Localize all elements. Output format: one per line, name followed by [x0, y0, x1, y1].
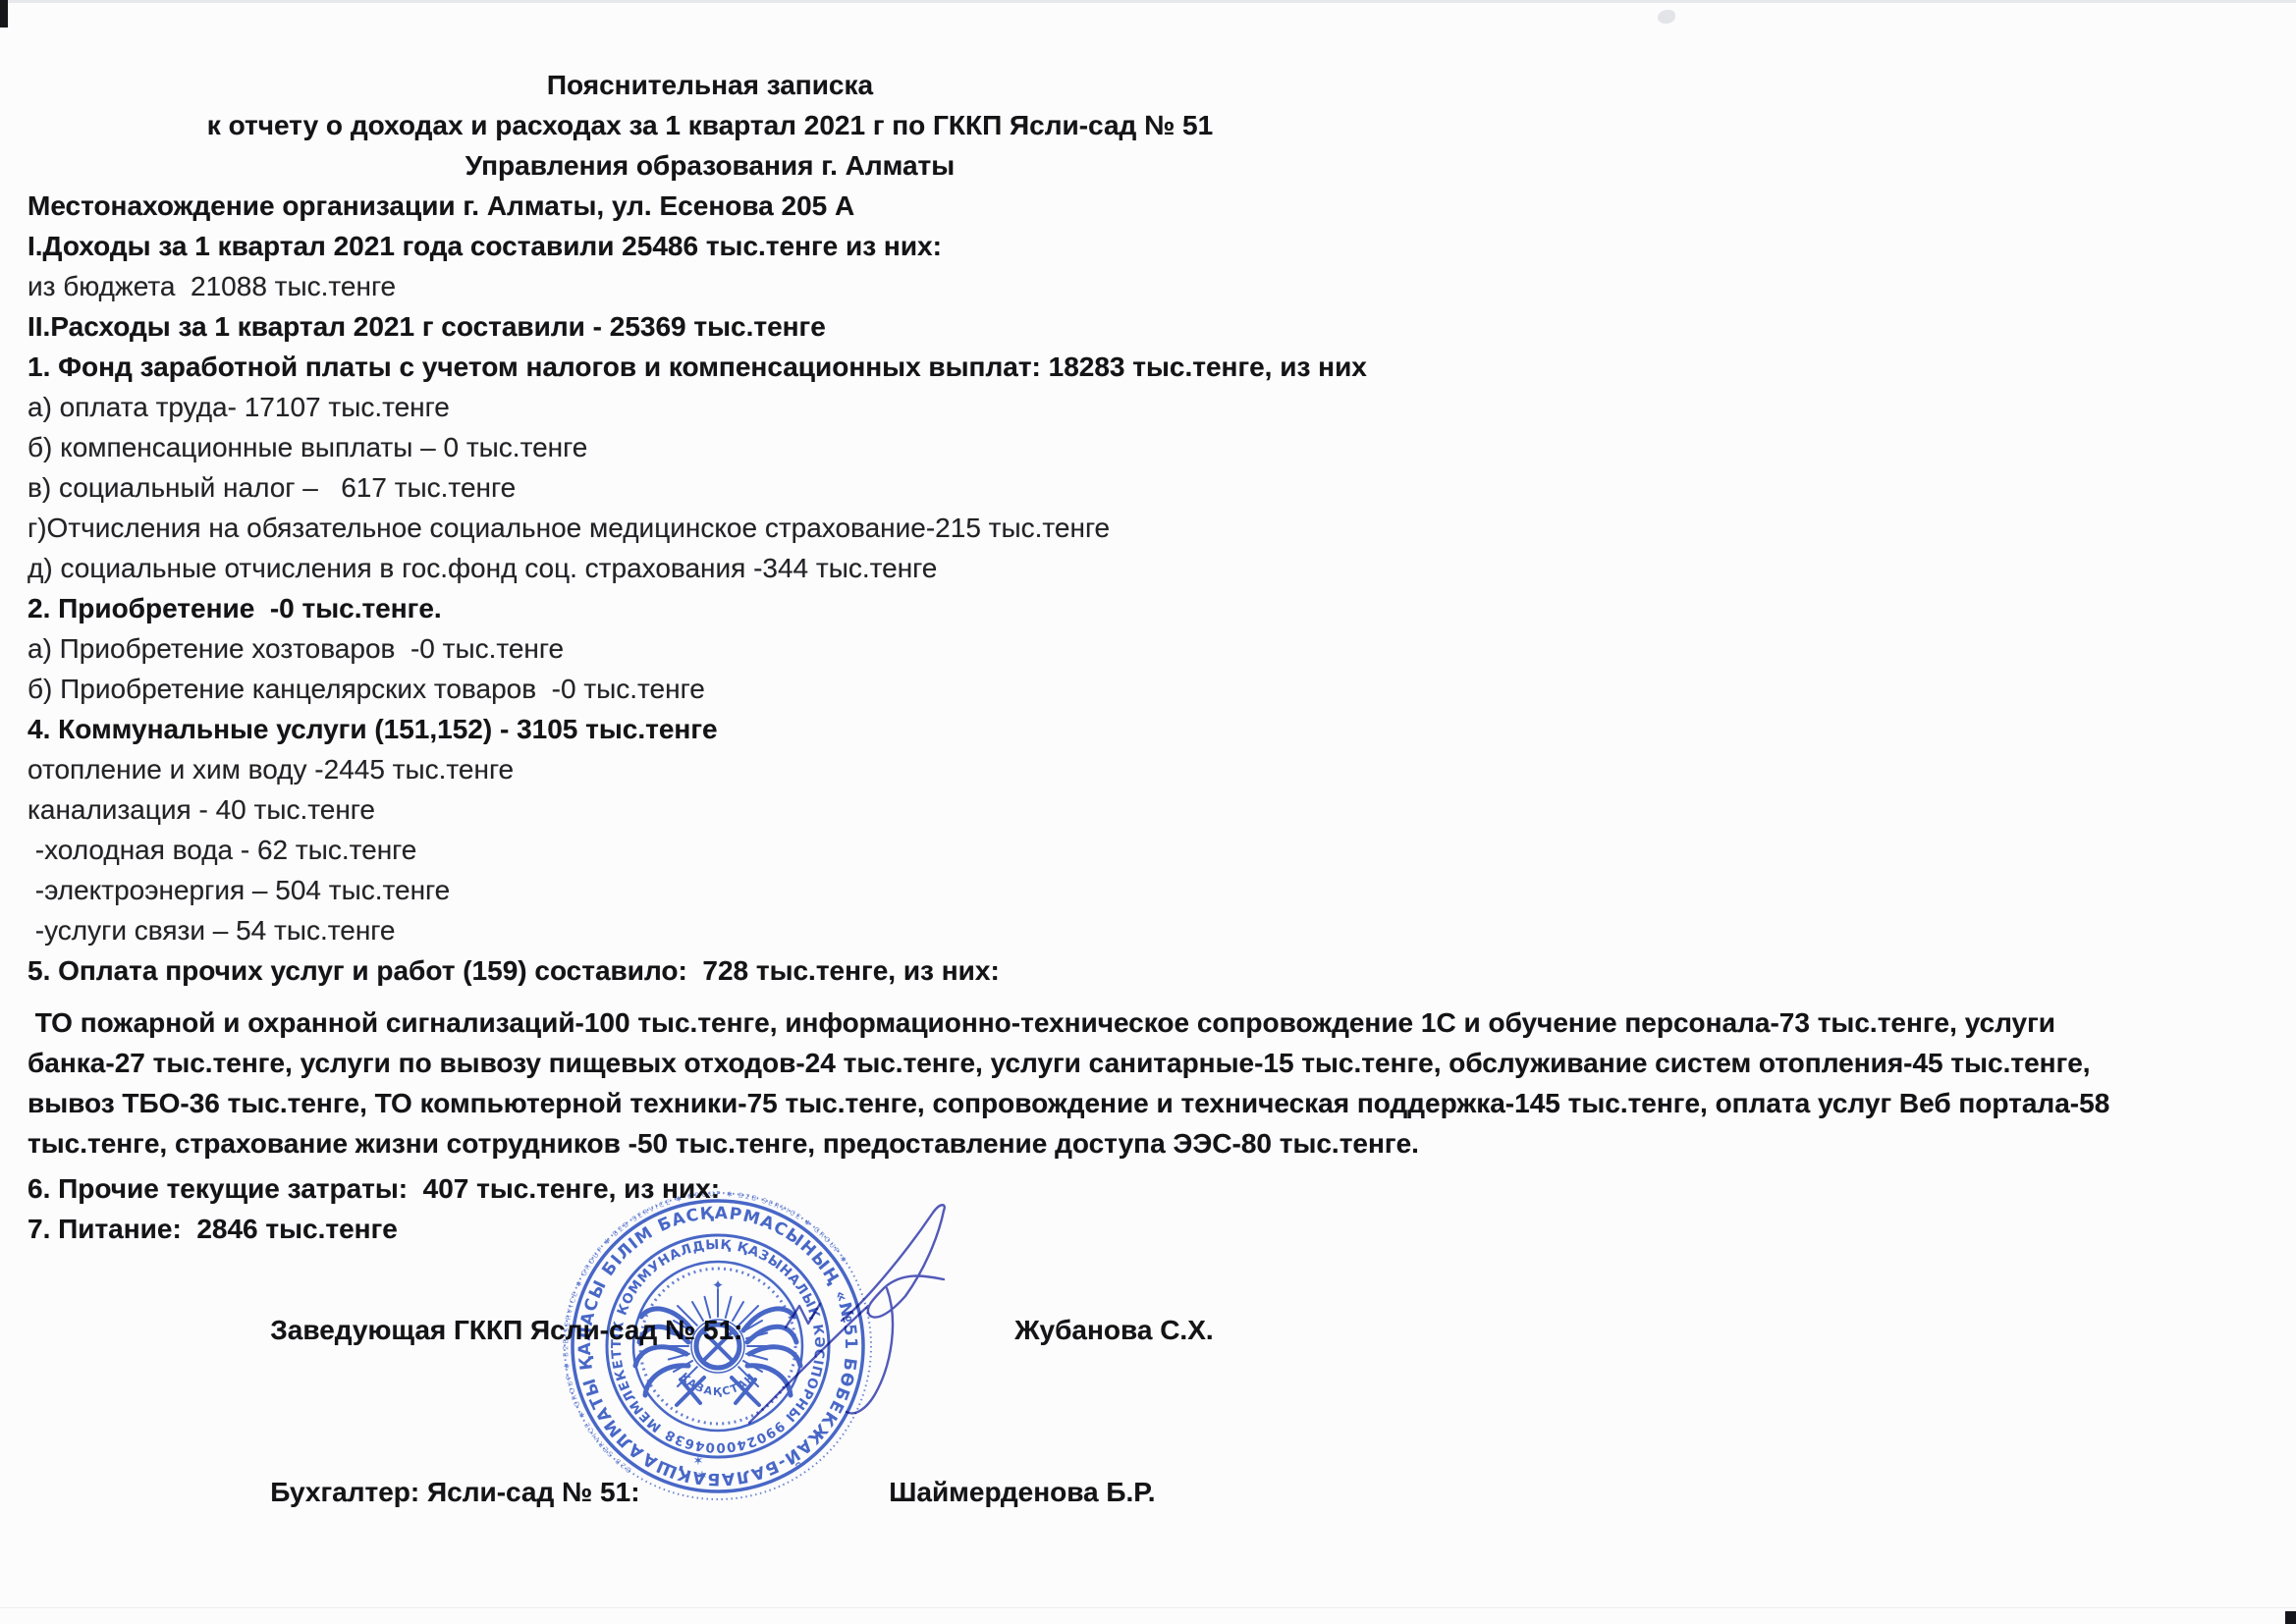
signature-stroke-zigzag [786, 1304, 820, 1327]
doc-line: 5. Оплата прочих услуг и работ (159) сос… [27, 950, 2296, 991]
doc-line: д) социальные отчисления в гос.фонд соц.… [27, 548, 2296, 588]
doc-line: из бюджета 21088 тыс.тенге [27, 266, 2296, 306]
doc-line: б) компенсационные выплаты – 0 тыс.тенге [27, 427, 2296, 467]
doc-line: II.Расходы за 1 квартал 2021 г составили… [27, 306, 2296, 347]
doc-line: б) Приобретение канцелярских товаров -0 … [27, 669, 2296, 709]
doc-line: Местонахождение организации г. Алматы, у… [27, 186, 2296, 226]
doc-line: отопление и хим воду -2445 тыс.тенге [27, 749, 2296, 789]
scan-top-edge [0, 0, 2296, 3]
document-body: Местонахождение организации г. Алматы, у… [27, 186, 2296, 991]
doc-subtitle-2: Управления образования г. Алматы [27, 145, 1393, 186]
doc-line: I.Доходы за 1 квартал 2021 года составил… [27, 226, 2296, 266]
accountant-name: Шаймерденова Б.Р. [889, 1477, 1155, 1507]
signature-ink [687, 1110, 1198, 1473]
doc-line: 1. Фонд заработной платы с учетом налого… [27, 347, 2296, 387]
doc-line: а) оплата труда- 17107 тыс.тенге [27, 387, 2296, 427]
signature-row-accountant: Бухгалтер: Ясли-сад № 51:Шаймерденова Б.… [209, 1432, 2296, 1552]
doc-line: -холодная вода - 62 тыс.тенге [27, 830, 2296, 870]
doc-line: в) социальный налог – 617 тыс.тенге [27, 467, 2296, 508]
doc-line: г)Отчисления на обязательное социальное … [27, 508, 2296, 548]
scan-bottom-edge [0, 1607, 2296, 1608]
document-header: Пояснительная записка к отчету о доходах… [27, 65, 1393, 186]
doc-line: 4. Коммунальные услуги (151,152) - 3105 … [27, 709, 2296, 749]
scanned-document-page: Пояснительная записка к отчету о доходах… [0, 0, 2296, 1624]
doc-line: -электроэнергия – 504 тыс.тенге [27, 870, 2296, 910]
signature-row-director: Заведующая ГККП Ясли-сад № 51:Жубанова С… [209, 1270, 2296, 1390]
signature-stroke-upstroke [842, 1205, 945, 1321]
doc-line: 2. Приобретение -0 тыс.тенге. [27, 588, 2296, 628]
doc-line: канализация - 40 тыс.тенге [27, 789, 2296, 830]
scan-bottom-right-mark [2285, 1611, 2296, 1624]
doc-line: банка-27 тыс.тенге, услуги по вывозу пищ… [27, 1043, 2296, 1083]
doc-line: -услуги связи – 54 тыс.тенге [27, 910, 2296, 950]
doc-title: Пояснительная записка [27, 65, 1393, 105]
signature-stroke-loop [868, 1211, 944, 1318]
scan-corner-mark [0, 0, 8, 27]
doc-line: а) Приобретение хозтоваров -0 тыс.тенге [27, 628, 2296, 669]
doc-subtitle: к отчету о доходах и расходах за 1 кварт… [27, 105, 1393, 145]
doc-line: ТО пожарной и охранной сигнализаций-100 … [27, 1002, 2296, 1043]
